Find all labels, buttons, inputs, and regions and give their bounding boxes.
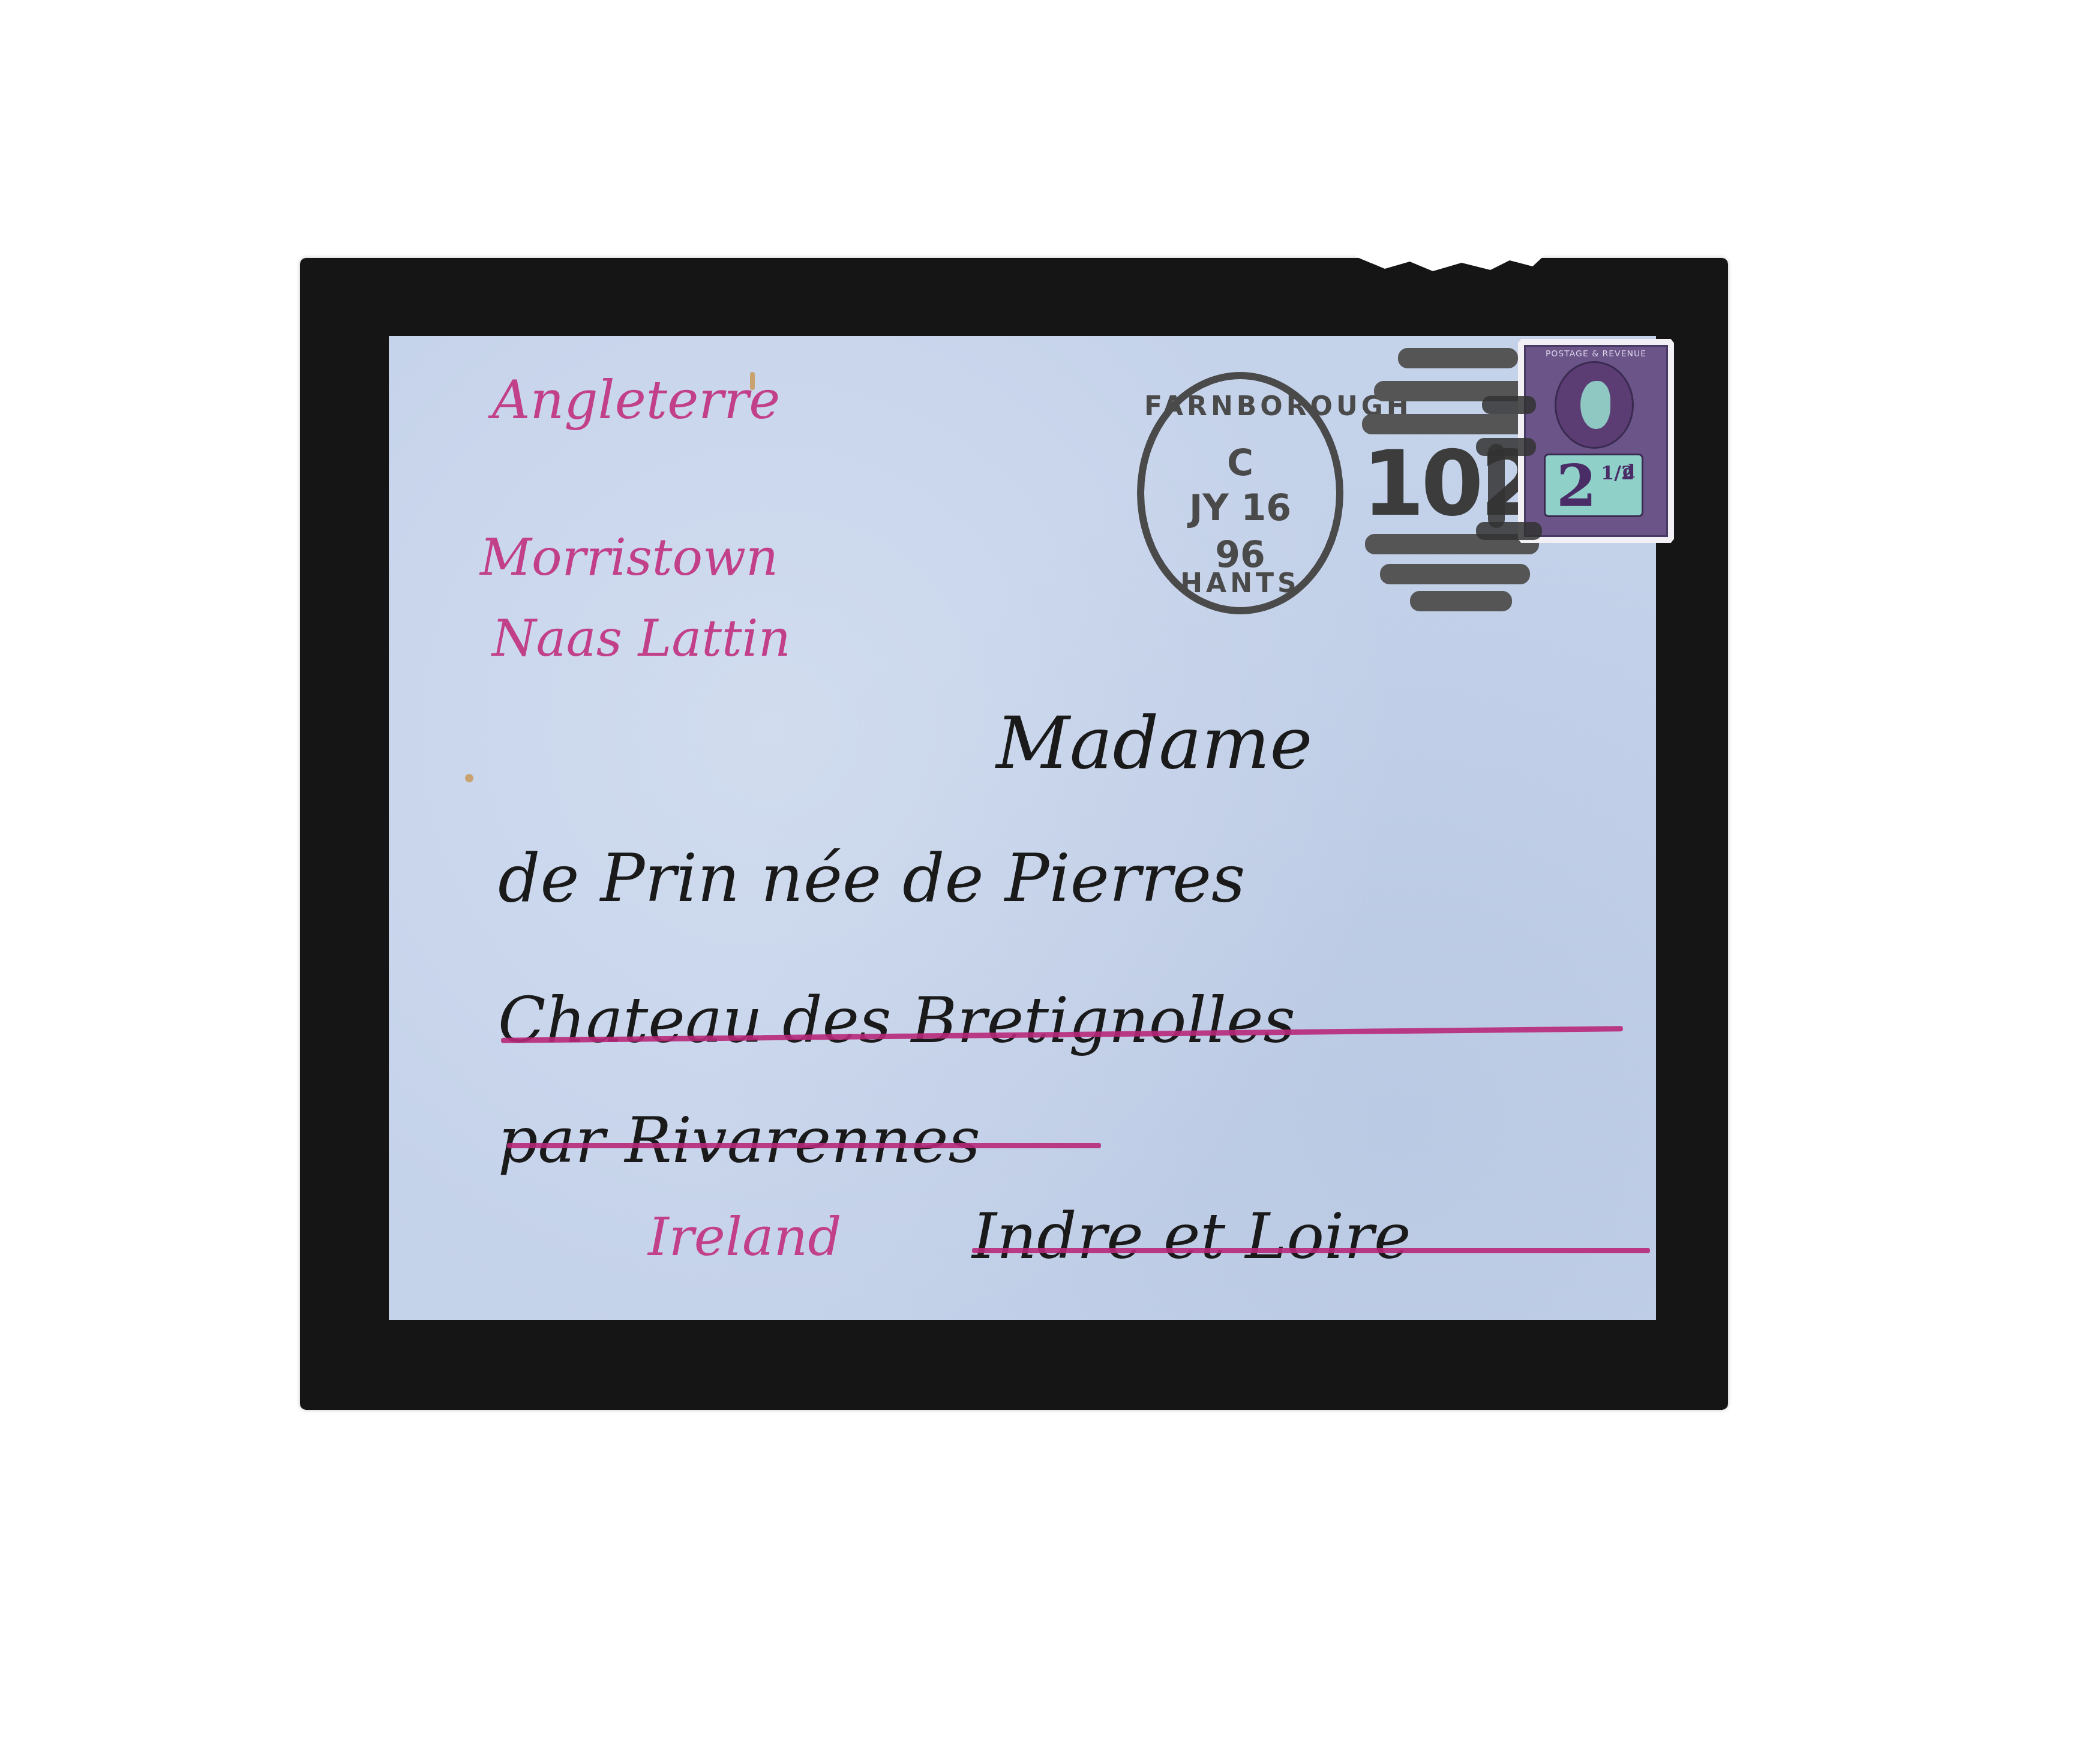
redirect-note-country: Angleterre — [492, 369, 780, 431]
postmark-date: JY 16 — [1144, 487, 1336, 529]
redirect-note-ireland: Ireland — [648, 1206, 842, 1268]
address-salutation: Madame — [996, 702, 1313, 785]
postmark-town: FARNBOROUGH — [1144, 391, 1336, 422]
strikethrough-line — [972, 1248, 1650, 1253]
redirect-note-place: Naas Lattin — [492, 609, 791, 668]
postmark-county: HANTS — [1144, 568, 1336, 599]
queen-portrait-icon — [1555, 361, 1634, 449]
postmark-code: C — [1144, 442, 1336, 484]
stamp-denomination: d — [1622, 461, 1635, 482]
address-name: de Prin née de Pierres — [498, 840, 1246, 917]
stamp-value-panel: 2 1/2 d — [1544, 454, 1643, 517]
circular-datestamp: FARNBOROUGH C JY 16 96 HANTS — [1137, 372, 1343, 614]
stamp-value: 2 — [1556, 452, 1597, 520]
foxing-stain — [465, 774, 473, 782]
address-chateau: Chateau des Bretignolles — [498, 984, 1295, 1057]
torn-edge — [1356, 252, 1548, 276]
strikethrough-line — [507, 1143, 1101, 1148]
stamp-top-text: POSTAGE & REVENUE — [1526, 349, 1666, 359]
redirect-note-town: Morristown — [480, 528, 778, 587]
address-via: par Rivarennes — [498, 1104, 980, 1177]
stamp-cancel-bars — [1476, 384, 1548, 540]
address-department: Indre et Loire — [972, 1200, 1411, 1273]
